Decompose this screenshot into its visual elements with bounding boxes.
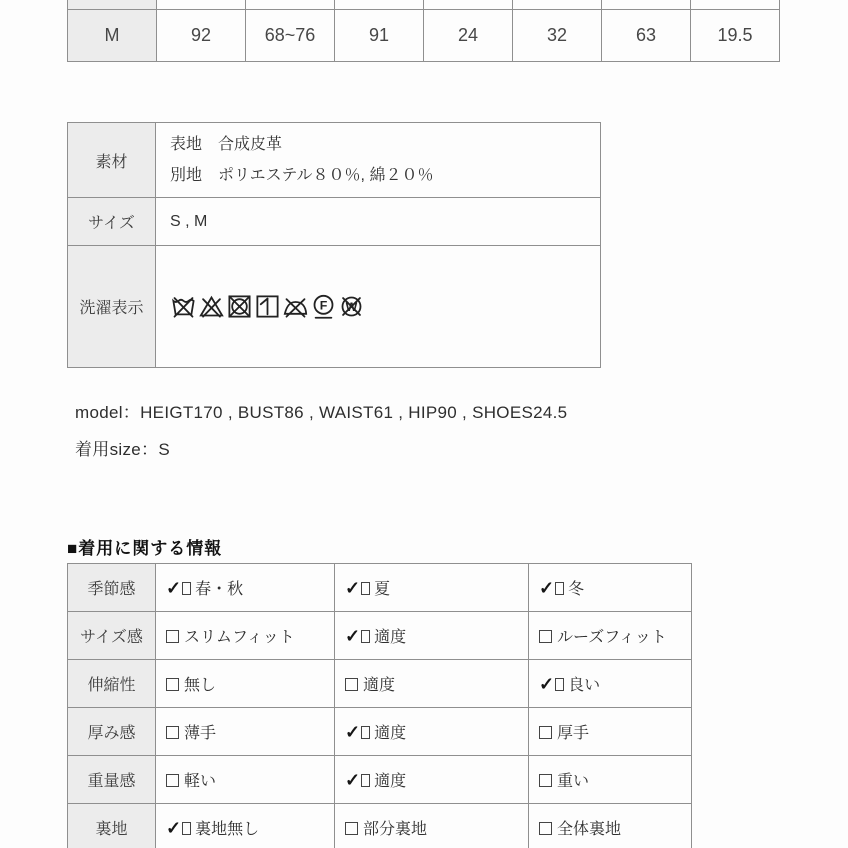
model-wearing-size-text: 着用size：S [75,431,567,468]
checkbox-icon [166,726,179,739]
check-mark-icon: ✓ [539,674,554,694]
checkbox-icon [539,774,552,787]
wear-info-row-label: 重量感 [68,756,156,804]
wear-info-row: 厚み感薄手✓適度厚手 [68,708,692,756]
do-not-tumble-dry-icon [226,293,253,320]
size-table-clipped-row [68,0,780,10]
wear-info-heading: ■着用に関する情報 [67,534,222,559]
size-value: 24 [424,10,513,62]
wear-info-cell: 適度 [335,660,529,708]
wear-info-table: 季節感✓春・秋✓夏✓冬サイズ感スリムフィット✓適度ルーズフィット伸縮性無し適度✓… [67,563,692,848]
wear-info-cell: ✓冬 [529,564,692,612]
wear-info-cell: ✓適度 [335,708,529,756]
size-row-label: M [68,10,157,62]
wear-option-label: 適度 [374,629,406,646]
wear-option-label: 軽い [184,773,216,790]
check-mark-icon: ✓ [345,722,360,742]
wear-info-cell: ✓良い [529,660,692,708]
wear-info-cell: 無し [156,660,335,708]
checkbox-icon [539,630,552,643]
wear-option-label: 重い [557,773,589,790]
wear-option-label: 春・秋 [195,581,243,598]
checkbox-icon [345,678,358,691]
wear-info-row: 季節感✓春・秋✓夏✓冬 [68,564,692,612]
wear-info-row-label: 裏地 [68,804,156,848]
wear-info-row: 重量感軽い✓適度重い [68,756,692,804]
checkbox-icon [539,726,552,739]
svg-text:F: F [320,298,328,312]
check-mark-icon: ✓ [345,626,360,646]
size-value: 68~76 [246,10,335,62]
size-table: M 92 68~76 91 24 32 63 19.5 [67,0,780,62]
wear-option-label: 適度 [374,773,406,790]
checkbox-icon [361,582,370,595]
wear-option-label: 冬 [568,581,584,598]
wear-info-cell: 全体裏地 [529,804,692,848]
wear-info-cell: スリムフィット [156,612,335,660]
material-line-outer: 表地 合成皮革 [170,129,600,160]
spec-material-value: 表地 合成皮革 別地 ポリエステル８０％, 綿２０％ [156,123,601,198]
checkbox-icon [345,822,358,835]
check-mark-icon: ✓ [166,578,181,598]
do-not-iron-icon [282,293,309,320]
wear-info-row-label: 伸縮性 [68,660,156,708]
wear-option-label: スリムフィット [184,629,295,646]
checkbox-icon [166,774,179,787]
spec-label-size: サイズ [68,198,156,246]
line-dry-in-shade-icon [254,293,281,320]
checkbox-icon [182,822,191,835]
checkbox-icon [182,582,191,595]
size-value: 91 [335,10,424,62]
checkbox-icon [555,582,564,595]
check-mark-icon: ✓ [345,578,360,598]
check-mark-icon: ✓ [539,578,554,598]
spec-label-material: 素材 [68,123,156,198]
wear-option-label: 適度 [374,725,406,742]
wear-option-label: 厚手 [557,725,589,742]
spec-row-size: サイズ S , M [68,198,601,246]
wear-info-cell: ✓春・秋 [156,564,335,612]
checkbox-icon [555,678,564,691]
size-table-clipped-label-cell [68,0,157,10]
check-mark-icon: ✓ [345,770,360,790]
wear-option-label: ルーズフィット [557,629,667,646]
do-not-bleach-icon [198,293,225,320]
wear-option-label: 良い [568,677,600,694]
wear-info-row: サイズ感スリムフィット✓適度ルーズフィット [68,612,692,660]
size-table-row-m: M 92 68~76 91 24 32 63 19.5 [68,10,780,62]
wear-info-cell: 軽い [156,756,335,804]
wear-info-row: 裏地✓裏地無し部分裏地全体裏地 [68,804,692,848]
checkbox-icon [361,630,370,643]
checkbox-icon [539,822,552,835]
wear-option-label: 部分裏地 [363,821,427,838]
wear-option-label: 裏地無し [195,821,259,838]
wear-info-cell: 薄手 [156,708,335,756]
laundry-care-symbols: FW [170,293,600,320]
wear-option-label: 適度 [363,677,395,694]
product-detail-page: M 92 68~76 91 24 32 63 19.5 素材 表地 合成皮革 別… [0,0,848,848]
spec-table: 素材 表地 合成皮革 別地 ポリエステル８０％, 綿２０％ サイズ S , M … [67,122,601,368]
checkbox-icon [166,678,179,691]
size-table-wrap: M 92 68~76 91 24 32 63 19.5 [67,0,780,63]
dry-clean-F-gentle-icon: F [310,293,337,320]
spec-row-wash: 洗濯表示 FW [68,246,601,368]
wear-info-row-label: 厚み感 [68,708,156,756]
checkbox-icon [361,774,370,787]
checkbox-icon [361,726,370,739]
wear-info-cell: 厚手 [529,708,692,756]
do-not-wash-icon [170,293,197,320]
size-value: 19.5 [691,10,780,62]
wear-info-row-label: 季節感 [68,564,156,612]
check-mark-icon: ✓ [166,818,181,838]
wear-option-label: 薄手 [184,725,216,742]
wear-info-row: 伸縮性無し適度✓良い [68,660,692,708]
wear-option-label: 無し [184,677,216,694]
wear-info-cell: 部分裏地 [335,804,529,848]
spec-label-wash: 洗濯表示 [68,246,156,368]
model-measurements-text: model：HEIGT170 , BUST86 , WAIST61 , HIP9… [75,394,567,431]
wear-option-label: 全体裏地 [557,821,621,838]
wear-info-cell: ✓適度 [335,612,529,660]
size-value: 32 [513,10,602,62]
size-value: 92 [157,10,246,62]
wear-info-cell: ✓裏地無し [156,804,335,848]
wear-info-cell: ✓適度 [335,756,529,804]
wear-option-label: 夏 [374,581,390,598]
material-line-other: 別地 ポリエステル８０％, 綿２０％ [170,160,600,191]
wear-info-cell: 重い [529,756,692,804]
wear-info-cell: ルーズフィット [529,612,692,660]
spec-row-material: 素材 表地 合成皮革 別地 ポリエステル８０％, 綿２０％ [68,123,601,198]
model-info: model：HEIGT170 , BUST86 , WAIST61 , HIP9… [75,394,567,468]
wear-info-row-label: サイズ感 [68,612,156,660]
wear-info-cell: ✓夏 [335,564,529,612]
do-not-wet-clean-icon: W [338,293,365,320]
checkbox-icon [166,630,179,643]
spec-size-value: S , M [156,198,601,246]
size-value: 63 [602,10,691,62]
